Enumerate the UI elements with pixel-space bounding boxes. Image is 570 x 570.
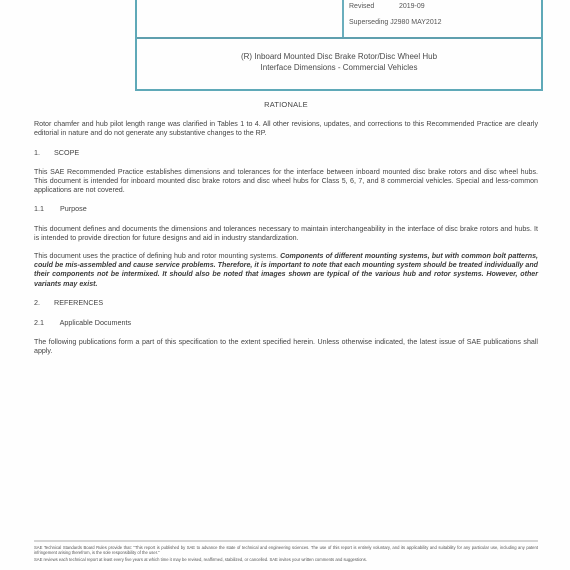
document-title-line-2: Interface Dimensions - Commercial Vehicl… xyxy=(137,62,541,73)
section-number: 2.1 xyxy=(34,318,58,327)
header-top-row: Revised 2019-09 Superseding J2980 MAY201… xyxy=(137,0,541,39)
section-number: 2. xyxy=(34,298,52,307)
header-logo-cell xyxy=(137,0,344,37)
rationale-heading: RATIONALE xyxy=(34,100,538,109)
applicable-documents-paragraph: The following publications form a part o… xyxy=(34,338,538,356)
document-footer: SAE Technical Standards Board Rules prov… xyxy=(34,540,538,565)
purpose-paragraph-1: This document defines and documents the … xyxy=(34,225,538,243)
section-title: SCOPE xyxy=(54,148,79,157)
superseding-row: Superseding J2980 MAY2012 xyxy=(349,19,442,26)
document-page: Revised 2019-09 Superseding J2980 MAY201… xyxy=(0,0,570,570)
document-body: RATIONALE Rotor chamfer and hub pilot le… xyxy=(34,100,538,366)
footer-divider xyxy=(34,540,538,542)
revised-date-row: Revised 2019-09 xyxy=(349,3,425,10)
footer-disclaimer: SAE Technical Standards Board Rules prov… xyxy=(34,545,538,555)
section-scope-heading: 1. SCOPE xyxy=(34,148,538,157)
footer-review-note: SAE reviews each technical report at lea… xyxy=(34,557,538,562)
document-title-line-1: (R) Inboard Mounted Disc Brake Rotor/Dis… xyxy=(137,51,541,62)
section-title: Applicable Documents xyxy=(60,318,132,327)
purpose-paragraph-2: This document uses the practice of defin… xyxy=(34,252,538,289)
section-purpose-heading: 1.1 Purpose xyxy=(34,204,538,213)
section-applicable-documents-heading: 2.1 Applicable Documents xyxy=(34,318,538,327)
section-number: 1.1 xyxy=(34,204,58,213)
section-references-heading: 2. REFERENCES xyxy=(34,298,538,307)
document-header-frame: Revised 2019-09 Superseding J2980 MAY201… xyxy=(135,0,543,91)
section-title: Purpose xyxy=(60,204,87,213)
document-title: (R) Inboard Mounted Disc Brake Rotor/Dis… xyxy=(137,39,541,89)
scope-paragraph: This SAE Recommended Practice establishe… xyxy=(34,168,538,196)
rationale-paragraph: Rotor chamfer and hub pilot length range… xyxy=(34,120,538,138)
purpose-plain-text: This document uses the practice of defin… xyxy=(34,252,280,260)
superseding-value: J2980 MAY2012 xyxy=(390,19,441,26)
revised-value: 2019-09 xyxy=(399,3,425,10)
superseding-label: Superseding xyxy=(349,19,388,26)
section-number: 1. xyxy=(34,148,52,157)
revised-label: Revised xyxy=(349,3,397,10)
section-title: REFERENCES xyxy=(54,298,103,307)
